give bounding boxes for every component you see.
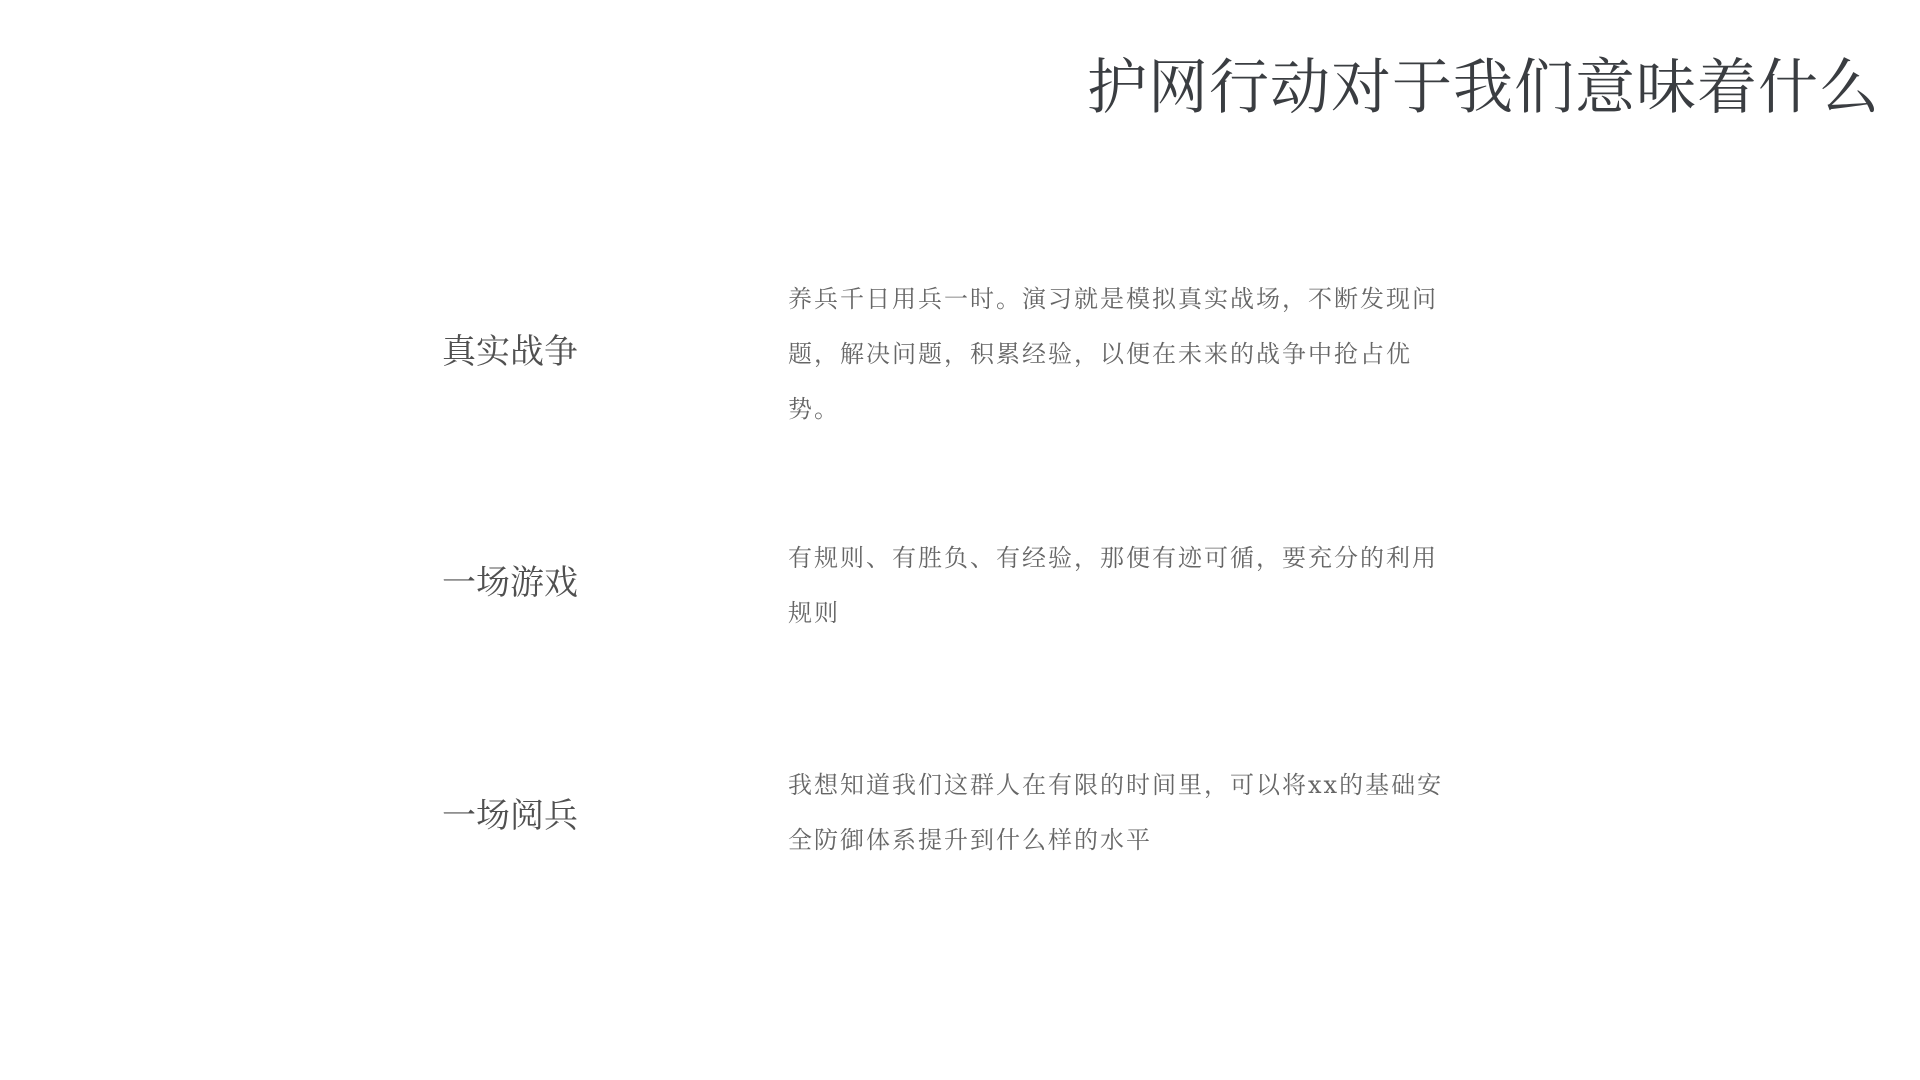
- item-label: 真实战争: [442, 332, 578, 372]
- item-description: 我想知道我们这群人在有限的时间里，可以将xx的基础安全防御体系提升到什么样的水平: [788, 758, 1448, 868]
- item-description: 养兵千日用兵一时。演习就是模拟真实战场，不断发现问题，解决问题，积累经验，以便在…: [788, 272, 1448, 437]
- slide-title: 护网行动对于我们意味着什么: [1087, 52, 1880, 124]
- item-description: 有规则、有胜负、有经验，那便有迹可循，要充分的利用规则: [788, 531, 1448, 641]
- item-label: 一场游戏: [442, 563, 578, 603]
- item-label: 一场阅兵: [442, 796, 578, 836]
